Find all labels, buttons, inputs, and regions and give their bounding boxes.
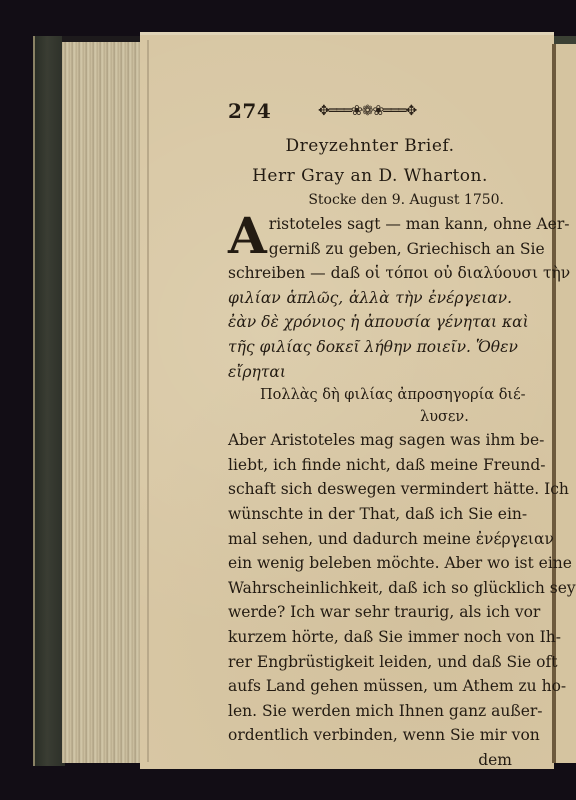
text-line: wünschte in der That, daß ich Sie ein- — [228, 502, 512, 527]
text-line: kurzem hörte, daß Sie immer noch von Ih- — [228, 625, 512, 650]
letter-heading: Herr Gray an D. Wharton. — [228, 166, 512, 186]
text-line: ristoteles sagt — man kann, ohne Aer- — [228, 212, 512, 237]
book-cover-edge — [33, 36, 65, 766]
text-line: τῆς φιλίας δοκεῖ λήθην ποιεῖν. Ὅθεν — [228, 335, 512, 360]
text-line: Wahrscheinlichkeit, daß ich so glücklich… — [228, 576, 512, 601]
page-edge-line — [147, 40, 149, 762]
text-line: rer Engbrüstigkeit leiden, und daß Sie o… — [228, 650, 512, 675]
text-line: schreiben — daß οἱ τόποι οὐ διαλύουσι τὴ… — [228, 261, 512, 286]
text-line: mal sehen, und dadurch meine ἐνέργειαν — [228, 527, 512, 552]
text-line: εἴρηται — [228, 360, 512, 385]
page-text-block: 274 ✥═══❀❁❀═══✥ Dreyzehnter Brief. Herr … — [228, 96, 512, 772]
page-stack-edges — [62, 42, 140, 763]
text-line: ordentlich verbinden, wenn Sie mir von — [228, 723, 512, 748]
text-line: ἐὰν δὲ χρόνιος ἡ ἀπουσία γένηται καὶ — [228, 310, 512, 335]
text-line: Aber Aristoteles mag sagen was ihm be- — [228, 428, 512, 453]
dateline: Stocke den 9. August 1750. — [228, 192, 512, 208]
running-header: 274 ✥═══❀❁❀═══✥ — [228, 96, 512, 126]
text-line: gerniß zu geben, Griechisch an Sie — [228, 237, 512, 262]
facing-page-sliver — [556, 44, 576, 763]
page-number: 274 — [228, 99, 318, 123]
text-line: werde? Ich war sehr traurig, als ich vor — [228, 600, 512, 625]
quote-line: Πολλὰς δὴ φιλίας ἀπροσηγορία διέ- — [260, 384, 512, 406]
greek-quote: Πολλὰς δὴ φιλίας ἀπροσηγορία διέ- λυσεν. — [228, 384, 512, 428]
drop-cap: A — [228, 214, 267, 258]
quote-line: λυσεν. — [260, 406, 512, 428]
text-line: φιλίαν ἁπλῶς, ἀλλὰ τὴν ἐνέργειαν. — [228, 286, 512, 311]
catchword: dem — [228, 748, 512, 773]
chapter-title: Dreyzehnter Brief. — [228, 136, 512, 156]
text-line: len. Sie werden mich Ihnen ganz außer- — [228, 699, 512, 724]
text-line: ein wenig beleben möchte. Aber wo ist ei… — [228, 551, 512, 576]
ornament-icon: ✥═══❀❁❀═══✥ — [318, 103, 416, 119]
text-line: schaft sich deswegen vermindert hätte. I… — [228, 477, 512, 502]
text-line: aufs Land gehen müssen, um Athem zu ho- — [228, 674, 512, 699]
letter-body: A ristoteles sagt — man kann, ohne Aer- … — [228, 212, 512, 772]
text-line: liebt, ich finde nicht, daß meine Freund… — [228, 453, 512, 478]
